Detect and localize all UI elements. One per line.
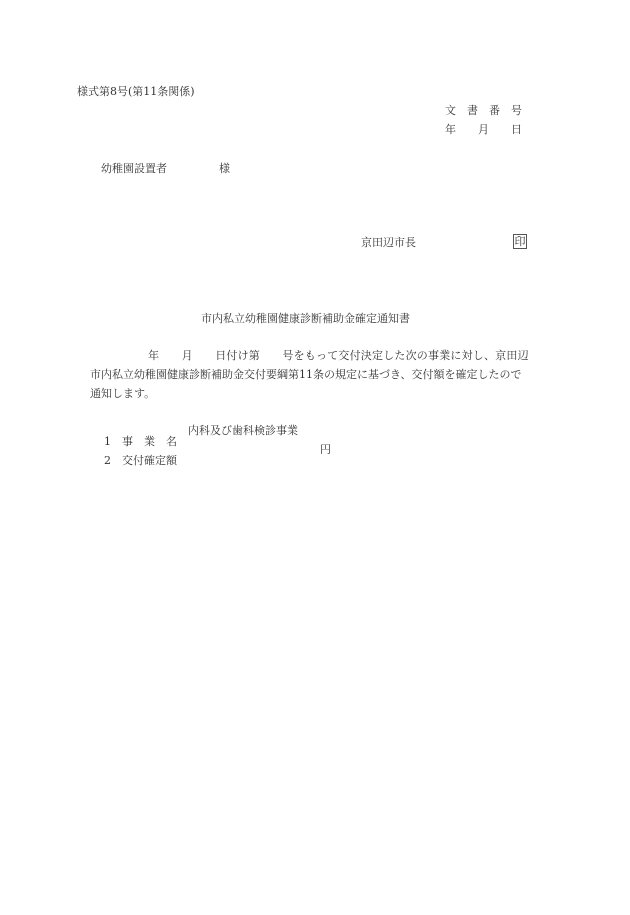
addressee: 幼稚園設置者 bbox=[101, 163, 167, 174]
body-text-line-1: 年 月 日付け第 号をもって交付決定した次の事業に対し、京田辺 bbox=[148, 350, 529, 361]
item-2-number: 2 bbox=[104, 454, 111, 467]
document-title: 市内私立幼稚園健康診断補助金確定通知書 bbox=[201, 313, 410, 324]
item-2: 2 交付確定額 bbox=[90, 444, 177, 477]
item-1-value: 内科及び歯科検診事業 bbox=[188, 425, 298, 436]
body-text-line-3: 通知します。 bbox=[90, 388, 155, 399]
item-2-value: 円 bbox=[320, 444, 331, 455]
body-text-line-2: 市内私立幼稚園健康診断補助金交付要綱第11条の規定に基づき、交付額を確定したので bbox=[90, 369, 522, 380]
seal-icon: 印 bbox=[513, 234, 527, 249]
honorific: 様 bbox=[219, 163, 230, 174]
issuer: 京田辺市長 bbox=[361, 237, 416, 248]
document-number-label: 文 書 番 号 bbox=[445, 105, 522, 116]
document-date-label: 年 月 日 bbox=[445, 124, 522, 135]
item-2-label: 交付確定額 bbox=[122, 454, 177, 467]
form-number: 様式第8号(第11条関係) bbox=[77, 86, 195, 97]
